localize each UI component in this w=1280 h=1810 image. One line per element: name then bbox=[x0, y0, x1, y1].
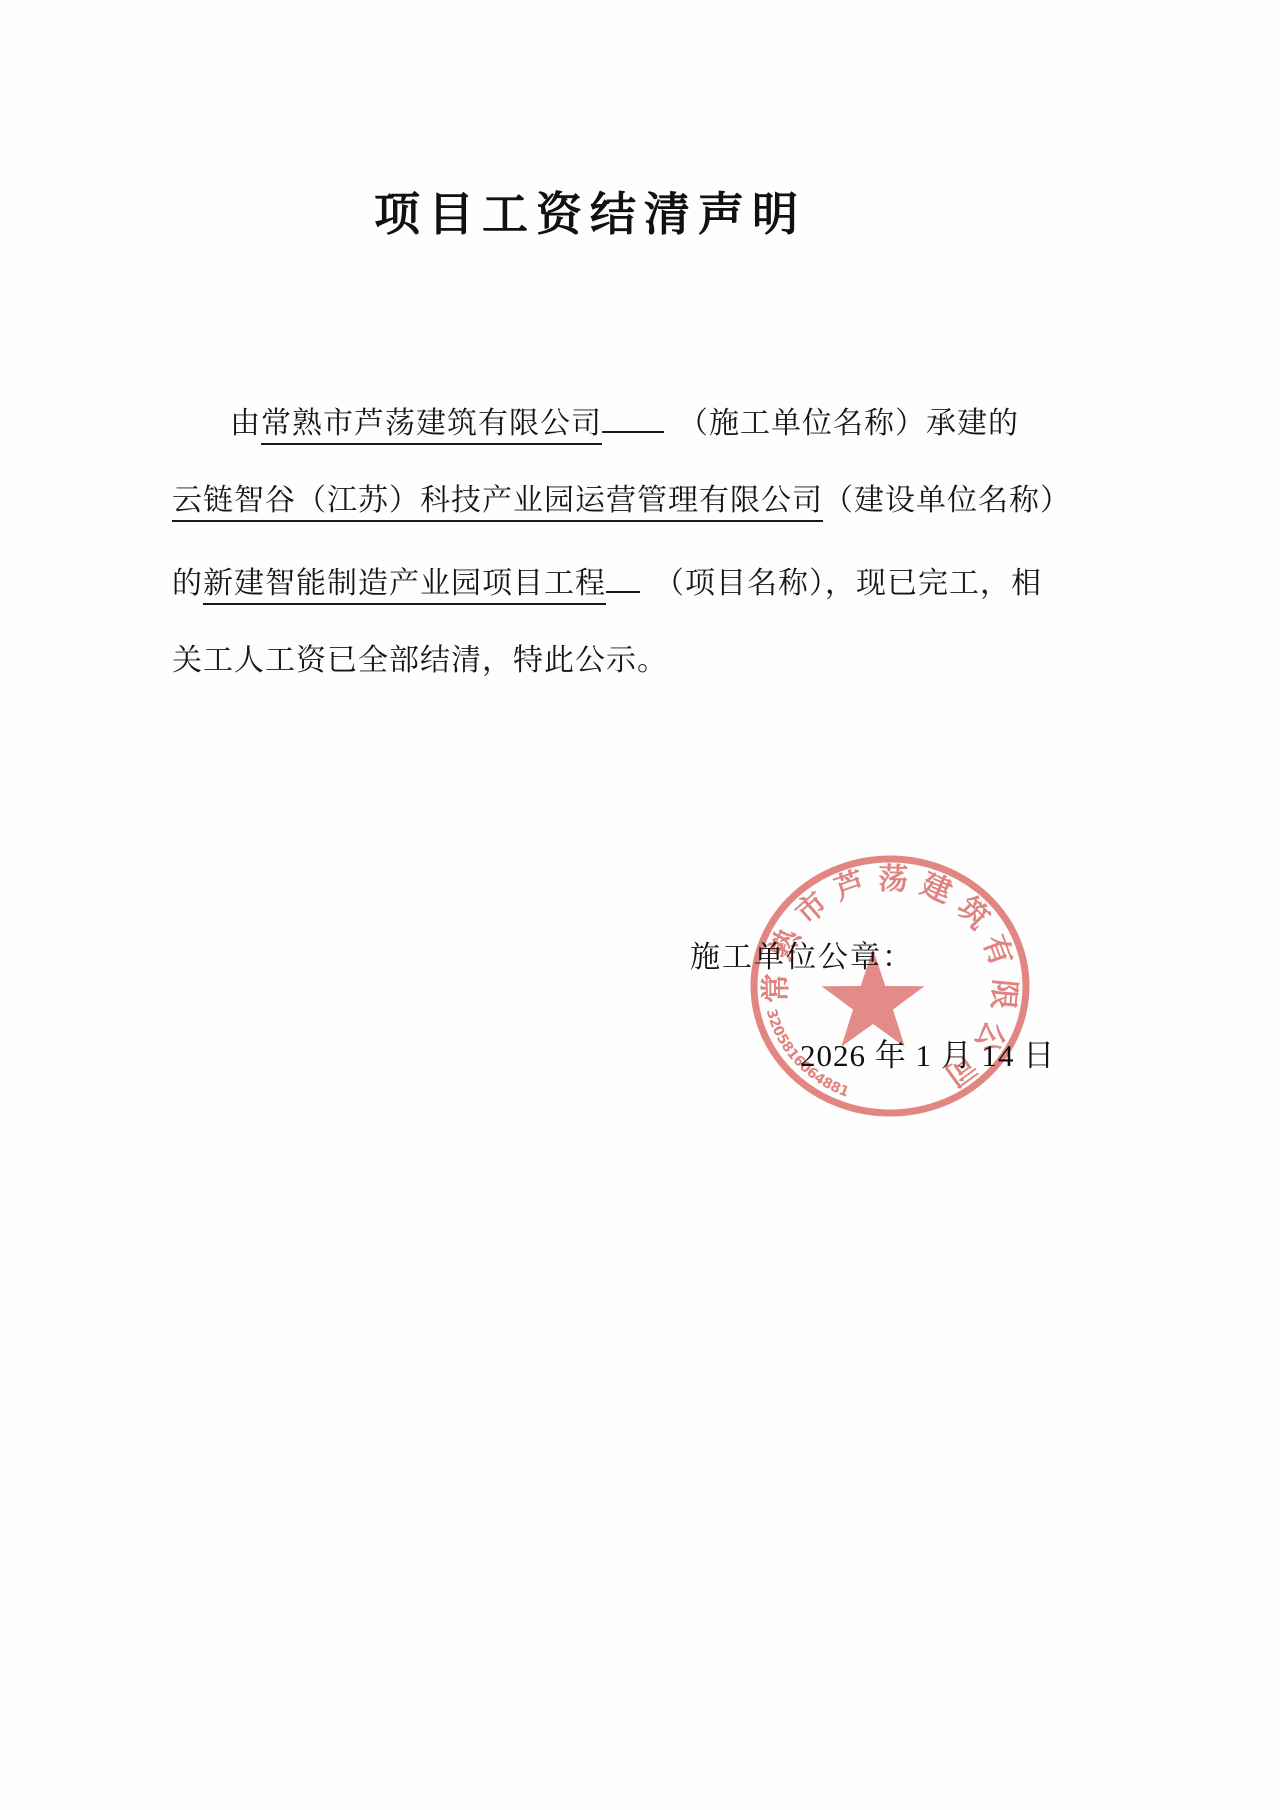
company-seal-stamp: 常熟市芦荡建筑有限公司 3205816064881 bbox=[748, 853, 1040, 1125]
project-name-underlined: 新建智能制造产业园项目工程 bbox=[203, 567, 606, 605]
date-line: 2026 年 1 月 14 日 bbox=[800, 1030, 1055, 1075]
line2-rest: （建设单位名称） bbox=[823, 484, 1071, 517]
line3-rest: （项目名称），现已完工，相 bbox=[654, 567, 1042, 600]
line1-rest: （施工单位名称）承建的 bbox=[678, 407, 1019, 440]
document-body: 由常熟市芦荡建筑有限公司（施工单位名称）承建的 云链智谷（江苏）科技产业园运营管… bbox=[172, 398, 1132, 718]
line1-prefix: 由 bbox=[230, 407, 261, 440]
line4-text: 关工人工资已全部结清，特此公示。 bbox=[172, 644, 668, 677]
seal-caption: 施工单位公章： bbox=[690, 932, 914, 976]
body-line-2: 云链智谷（江苏）科技产业园运营管理有限公司（建设单位名称） bbox=[172, 478, 1132, 558]
body-line-3: 的新建智能制造产业园项目工程（项目名称），现已完工，相 bbox=[172, 558, 1132, 638]
body-line-1: 由常熟市芦荡建筑有限公司（施工单位名称）承建的 bbox=[172, 398, 1132, 478]
line3-prefix: 的 bbox=[172, 567, 203, 600]
contractor-name-underlined: 常熟市芦荡建筑有限公司 bbox=[261, 407, 602, 445]
document-page: 项目工资结清声明 由常熟市芦荡建筑有限公司（施工单位名称）承建的 云链智谷（江苏… bbox=[0, 0, 1280, 1810]
blank-underline bbox=[606, 558, 640, 593]
seal-svg: 常熟市芦荡建筑有限公司 3205816064881 bbox=[748, 853, 1040, 1125]
body-line-4: 关工人工资已全部结清，特此公示。 bbox=[172, 638, 1132, 718]
owner-name-underlined: 云链智谷（江苏）科技产业园运营管理有限公司 bbox=[172, 484, 823, 522]
document-title: 项目工资结清声明 bbox=[0, 178, 1180, 244]
blank-underline bbox=[602, 398, 664, 433]
